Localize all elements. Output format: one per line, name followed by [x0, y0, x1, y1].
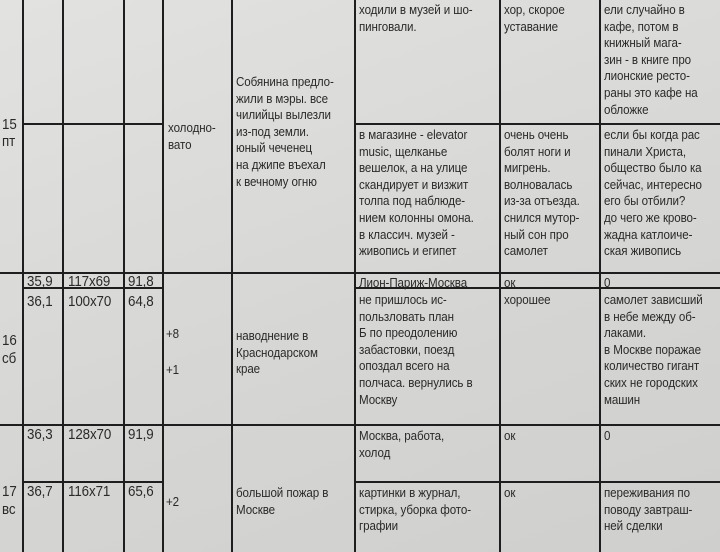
day-number: 17 [2, 484, 17, 501]
state-cell: ок [504, 428, 515, 445]
day-number: 15 [2, 117, 17, 134]
row-divider [355, 481, 720, 483]
pulse-cell: 64,8 [128, 294, 154, 311]
pulse-cell: 91,9 [128, 427, 154, 444]
column-divider [499, 0, 501, 552]
column-divider [599, 0, 601, 552]
state-cell: ок [504, 275, 515, 292]
temperature-cell: 36,3 [27, 427, 53, 444]
row-divider [355, 123, 720, 125]
notes-cell: если бы когда рас пинали Христа, обществ… [604, 127, 702, 260]
pressure-cell: 117x69 [68, 274, 110, 291]
activity-cell: не пришлось ис- пользловать план Б по пр… [359, 292, 473, 408]
day-number: 16 [2, 333, 17, 350]
activity-cell: картинки в журнал, стирка, уборка фото- … [359, 485, 471, 535]
state-cell: ок [504, 485, 515, 502]
activity-cell: в магазине - elevator music, щелканье ве… [359, 127, 474, 260]
state-cell: очень очень болят ноги и мигрень. волнов… [504, 127, 580, 260]
notes-cell: 0 [604, 275, 610, 292]
column-divider [62, 0, 64, 552]
weekday: пт [2, 134, 15, 151]
pulse-cell: 65,6 [128, 484, 154, 501]
row-divider [23, 481, 163, 483]
weekday: вс [2, 502, 15, 519]
column-divider [123, 0, 125, 552]
column-divider [354, 0, 356, 552]
weather-cell: +8 +1 [166, 325, 179, 379]
weather-cell: +2 [166, 494, 179, 511]
pressure-cell: 128x70 [68, 427, 111, 444]
activity-cell: ходили в музей и шо- пинговали. [359, 2, 473, 35]
activity-cell: Лион-Париж-Москва [359, 275, 467, 292]
pulse-cell: 91,8 [128, 274, 154, 291]
weekday: сб [2, 351, 16, 368]
notes-cell: самолет зависший в небе между об- лаками… [604, 292, 703, 408]
state-cell: хорошее [504, 292, 551, 309]
pressure-cell: 100x70 [68, 294, 111, 311]
temperature-cell: 35,9 [27, 274, 53, 291]
column-divider [22, 0, 24, 552]
activity-cell: Москва, работа, холод [359, 428, 444, 461]
weather-cell: холодно- вато [168, 120, 216, 153]
column-divider [162, 0, 164, 552]
notes-cell: 0 [604, 428, 610, 445]
notes-cell: ели случайно в кафе, потом в книжный маг… [604, 2, 698, 118]
news-cell: Собянина предло- жили в мэры. все чилийц… [236, 74, 334, 190]
temperature-cell: 36,7 [27, 484, 53, 501]
news-cell: большой пожар в Москве [236, 485, 328, 518]
diary-table-photo: 15 пт холодно- вато Собянина предло- жил… [0, 0, 720, 552]
row-divider [0, 424, 720, 426]
column-divider [231, 0, 233, 552]
state-cell: хор, скорое уставание [504, 2, 565, 35]
temperature-cell: 36,1 [27, 294, 53, 311]
row-divider [23, 123, 163, 125]
notes-cell: переживания по поводу завтраш- ней сделк… [604, 485, 692, 535]
news-cell: наводнение в Краснодарском крае [236, 328, 318, 378]
pressure-cell: 116x71 [68, 484, 110, 501]
